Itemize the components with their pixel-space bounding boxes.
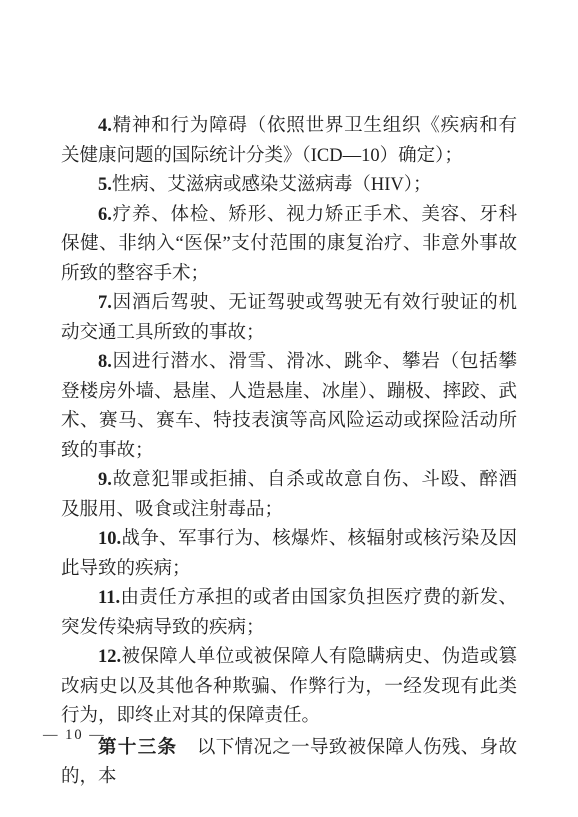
document-page: 4.精神和行为障碍（依照世界卫生组织《疾病和有关健康问题的国际统计分类》（ICD… — [0, 0, 578, 817]
clause-text: 疗养、体检、矫形、视力矫正手术、美容、牙科保健、非纳入“医保”支付范围的康复治疗… — [61, 205, 517, 284]
clause-item-12: 12.被保障人单位或被保障人有隐瞒病史、伪造或篡改病史以及其他各种欺骗、作弊行为… — [61, 643, 517, 732]
clause-text: 故意犯罪或拒捕、自杀或故意自伤、斗殴、醉酒及服用、吸食或注射毒品； — [61, 470, 517, 520]
clause-number: 5. — [98, 175, 112, 195]
clause-number: 4. — [98, 116, 112, 136]
clause-number: 10. — [98, 529, 121, 549]
clause-item-7: 7.因酒后驾驶、无证驾驶或驾驶无有效行驶证的机动交通工具所致的事故； — [61, 289, 517, 348]
document-body: 4.精神和行为障碍（依照世界卫生组织《疾病和有关健康问题的国际统计分类》（ICD… — [61, 112, 517, 793]
clause-number: 11. — [98, 588, 120, 608]
article-13-line: 第十三条以下情况之一导致被保障人伤残、身故的，本 — [61, 732, 517, 793]
article-number: 第十三条 — [98, 736, 177, 757]
clause-item-11: 11.由责任方承担的或者由国家负担医疗费的新发、突发传染病导致的疾病； — [61, 584, 517, 643]
clause-text: 性病、艾滋病或感染艾滋病毒（HIV）； — [112, 175, 432, 195]
clause-text: 因进行潜水、滑雪、滑冰、跳伞、攀岩（包括攀登楼房外墙、悬崖、人造悬崖、冰崖）、蹦… — [61, 352, 517, 461]
clause-item-4: 4.精神和行为障碍（依照世界卫生组织《疾病和有关健康问题的国际统计分类》（ICD… — [61, 112, 517, 171]
clause-number: 8. — [98, 352, 112, 372]
clause-text: 因酒后驾驶、无证驾驶或驾驶无有效行驶证的机动交通工具所致的事故； — [61, 293, 517, 343]
clause-text: 战争、军事行为、核爆炸、核辐射或核污染及因此导致的疾病； — [61, 529, 517, 579]
clause-number: 6. — [98, 205, 112, 225]
clause-number: 12. — [98, 647, 121, 667]
clause-text: 被保障人单位或被保障人有隐瞒病史、伪造或篡改病史以及其他各种欺骗、作弊行为，一经… — [61, 647, 517, 726]
clause-number: 7. — [98, 293, 112, 313]
page-number: — 10 — — [43, 726, 106, 744]
clause-number: 9. — [98, 470, 112, 490]
clause-item-5: 5.性病、艾滋病或感染艾滋病毒（HIV）； — [61, 171, 517, 201]
clause-text: 由责任方承担的或者由国家负担医疗费的新发、突发传染病导致的疾病； — [61, 588, 517, 638]
clause-text: 精神和行为障碍（依照世界卫生组织《疾病和有关健康问题的国际统计分类》（ICD—1… — [61, 116, 517, 166]
clause-item-9: 9.故意犯罪或拒捕、自杀或故意自伤、斗殴、醉酒及服用、吸食或注射毒品； — [61, 466, 517, 525]
clause-item-8: 8.因进行潜水、滑雪、滑冰、跳伞、攀岩（包括攀登楼房外墙、悬崖、人造悬崖、冰崖）… — [61, 348, 517, 466]
clause-item-6: 6.疗养、体检、矫形、视力矫正手术、美容、牙科保健、非纳入“医保”支付范围的康复… — [61, 201, 517, 290]
clause-item-10: 10.战争、军事行为、核爆炸、核辐射或核污染及因此导致的疾病； — [61, 525, 517, 584]
page-number-label: — 10 — — [43, 727, 106, 743]
